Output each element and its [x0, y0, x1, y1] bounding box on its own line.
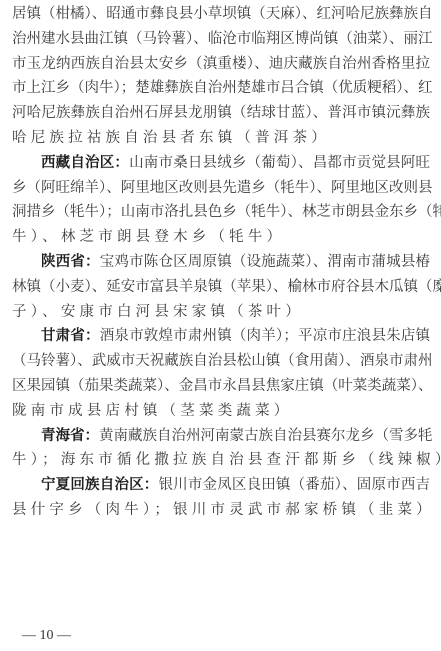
line-text: 黄南藏族自治州河南蒙古族自治县赛尔龙乡（雪多牦 — [99, 428, 433, 444]
region-heading: 甘肃省： — [41, 327, 100, 344]
line-text: 银川市金凤区良田镇（番茄）、固原市西吉 — [158, 477, 430, 493]
line-text: （马铃薯）、武威市天祝藏族自治县松山镇（食用菌）、酒泉市肃州 — [12, 353, 433, 369]
text-line: 陇南市成县店村镇（茎菜类蔬菜） — [12, 401, 430, 421]
text-line: 市上江乡（肉牛）；楚雄彝族自治州楚雄市吕合镇（优质粳稻）、红 — [12, 78, 430, 98]
page-number: — 10 — — [22, 627, 71, 645]
text-line: 洞措乡（牦牛）；山南市洛扎县色乡（牦牛）、林芝市朗县金东乡（牦 — [12, 202, 430, 222]
text-line: 居镇（柑橘）、昭通市彝良县小草坝镇（天麻）、红河哈尼族彝族自 — [12, 4, 430, 24]
line-text: 哈尼族拉祜族自治县者东镇（普洱茶） — [12, 130, 330, 146]
line-text: 牛）、林芝市朗县登木乡（牦牛） — [12, 229, 285, 245]
text-line: 牛）；海东市循化撒拉族自治县查汗都斯乡（线辣椒） — [12, 450, 430, 470]
section-ningxia: 宁夏回族自治区：银川市金凤区良田镇（番茄）、固原市西吉 — [41, 475, 430, 495]
line-text: 子）、安康市白河县宋家镇（茶叶） — [12, 304, 304, 320]
line-text: 治州建水县曲江镇（马铃薯）、临沧市临翔区博尚镇（油菜）、丽江 — [12, 31, 433, 47]
section-shaanxi: 陕西省：宝鸡市陈仓区周原镇（设施蔬菜）、渭南市蒲城县椿 — [41, 252, 430, 272]
text-line: 市玉龙纳西族自治县太安乡（滇重楼）、迪庆藏族自治州香格里拉 — [12, 54, 430, 74]
text-line: 牛）、林芝市朗县登木乡（牦牛） — [12, 227, 430, 247]
region-heading: 宁夏回族自治区： — [41, 476, 158, 493]
text-line: 河哈尼族彝族自治州石屏县龙朋镇（结球甘蓝）、普洱市镇沅彝族 — [12, 103, 430, 123]
line-text: 陇南市成县店村镇（茎菜类蔬菜） — [12, 403, 293, 419]
line-text: 市上江乡（肉牛）；楚雄彝族自治州楚雄市吕合镇（优质粳稻）、红 — [12, 80, 433, 96]
text-line: 治州建水县曲江镇（马铃薯）、临沧市临翔区博尚镇（油菜）、丽江 — [12, 29, 430, 49]
line-text: 洞措乡（牦牛）；山南市洛扎县色乡（牦牛）、林芝市朗县金东乡（牦 — [12, 204, 441, 220]
line-text: 牛）；海东市循化撒拉族自治县查汗都斯乡（线辣椒） — [12, 452, 441, 468]
line-text: 乡（阿旺绵羊）、阿里地区改则县先遣乡（牦牛）、阿里地区改则县 — [12, 180, 433, 196]
text-line: 乡（阿旺绵羊）、阿里地区改则县先遣乡（牦牛）、阿里地区改则县 — [12, 178, 430, 198]
line-text: 县什字乡（肉牛）；银川市灵武市郝家桥镇（韭菜） — [12, 502, 435, 518]
region-heading: 西藏自治区： — [41, 154, 129, 171]
text-line: 县什字乡（肉牛）；银川市灵武市郝家桥镇（韭菜） — [12, 500, 430, 520]
section-xizang: 西藏自治区：山南市桑日县绒乡（葡萄）、昌都市贡觉县阿旺 — [41, 153, 430, 173]
section-gansu: 甘肃省：酒泉市敦煌市肃州镇（肉羊）；平凉市庄浪县朱店镇 — [41, 326, 430, 346]
line-text: 酒泉市敦煌市肃州镇（肉羊）；平凉市庄浪县朱店镇 — [100, 328, 430, 344]
text-line: 林镇（小麦）、延安市富县羊泉镇（苹果）、榆林市府谷县木瓜镇（糜 — [12, 277, 430, 297]
line-text: 山南市桑日县绒乡（葡萄）、昌都市贡觉县阿旺 — [129, 155, 430, 171]
document-page: 居镇（柑橘）、昭通市彝良县小草坝镇（天麻）、红河哈尼族彝族自 治州建水县曲江镇（… — [0, 0, 441, 651]
region-heading: 陕西省： — [41, 253, 100, 270]
text-line: 子）、安康市白河县宋家镇（茶叶） — [12, 302, 430, 322]
line-text: 林镇（小麦）、延安市富县羊泉镇（苹果）、榆林市府谷县木瓜镇（糜 — [12, 279, 441, 295]
line-text: 居镇（柑橘）、昭通市彝良县小草坝镇（天麻）、红河哈尼族彝族自 — [12, 6, 433, 22]
text-line: 区果园镇（茄果类蔬菜）、金昌市永昌县焦家庄镇（叶菜类蔬菜）、 — [12, 376, 430, 396]
line-text: 市玉龙纳西族自治县太安乡（滇重楼）、迪庆藏族自治州香格里拉 — [12, 56, 430, 72]
text-line: （马铃薯）、武威市天祝藏族自治县松山镇（食用菌）、酒泉市肃州 — [12, 351, 430, 371]
line-text: 宝鸡市陈仓区周原镇（设施蔬菜）、渭南市蒲城县椿 — [100, 254, 430, 270]
section-qinghai: 青海省：黄南藏族自治州河南蒙古族自治县赛尔龙乡（雪多牦 — [41, 426, 430, 446]
line-text: 区果园镇（茄果类蔬菜）、金昌市永昌县焦家庄镇（叶菜类蔬菜）、 — [12, 378, 433, 394]
text-line: 哈尼族拉祜族自治县者东镇（普洱茶） — [12, 128, 430, 148]
region-heading: 青海省： — [41, 427, 99, 444]
line-text: 河哈尼族彝族自治州石屏县龙朋镇（结球甘蓝）、普洱市镇沅彝族 — [12, 105, 430, 121]
